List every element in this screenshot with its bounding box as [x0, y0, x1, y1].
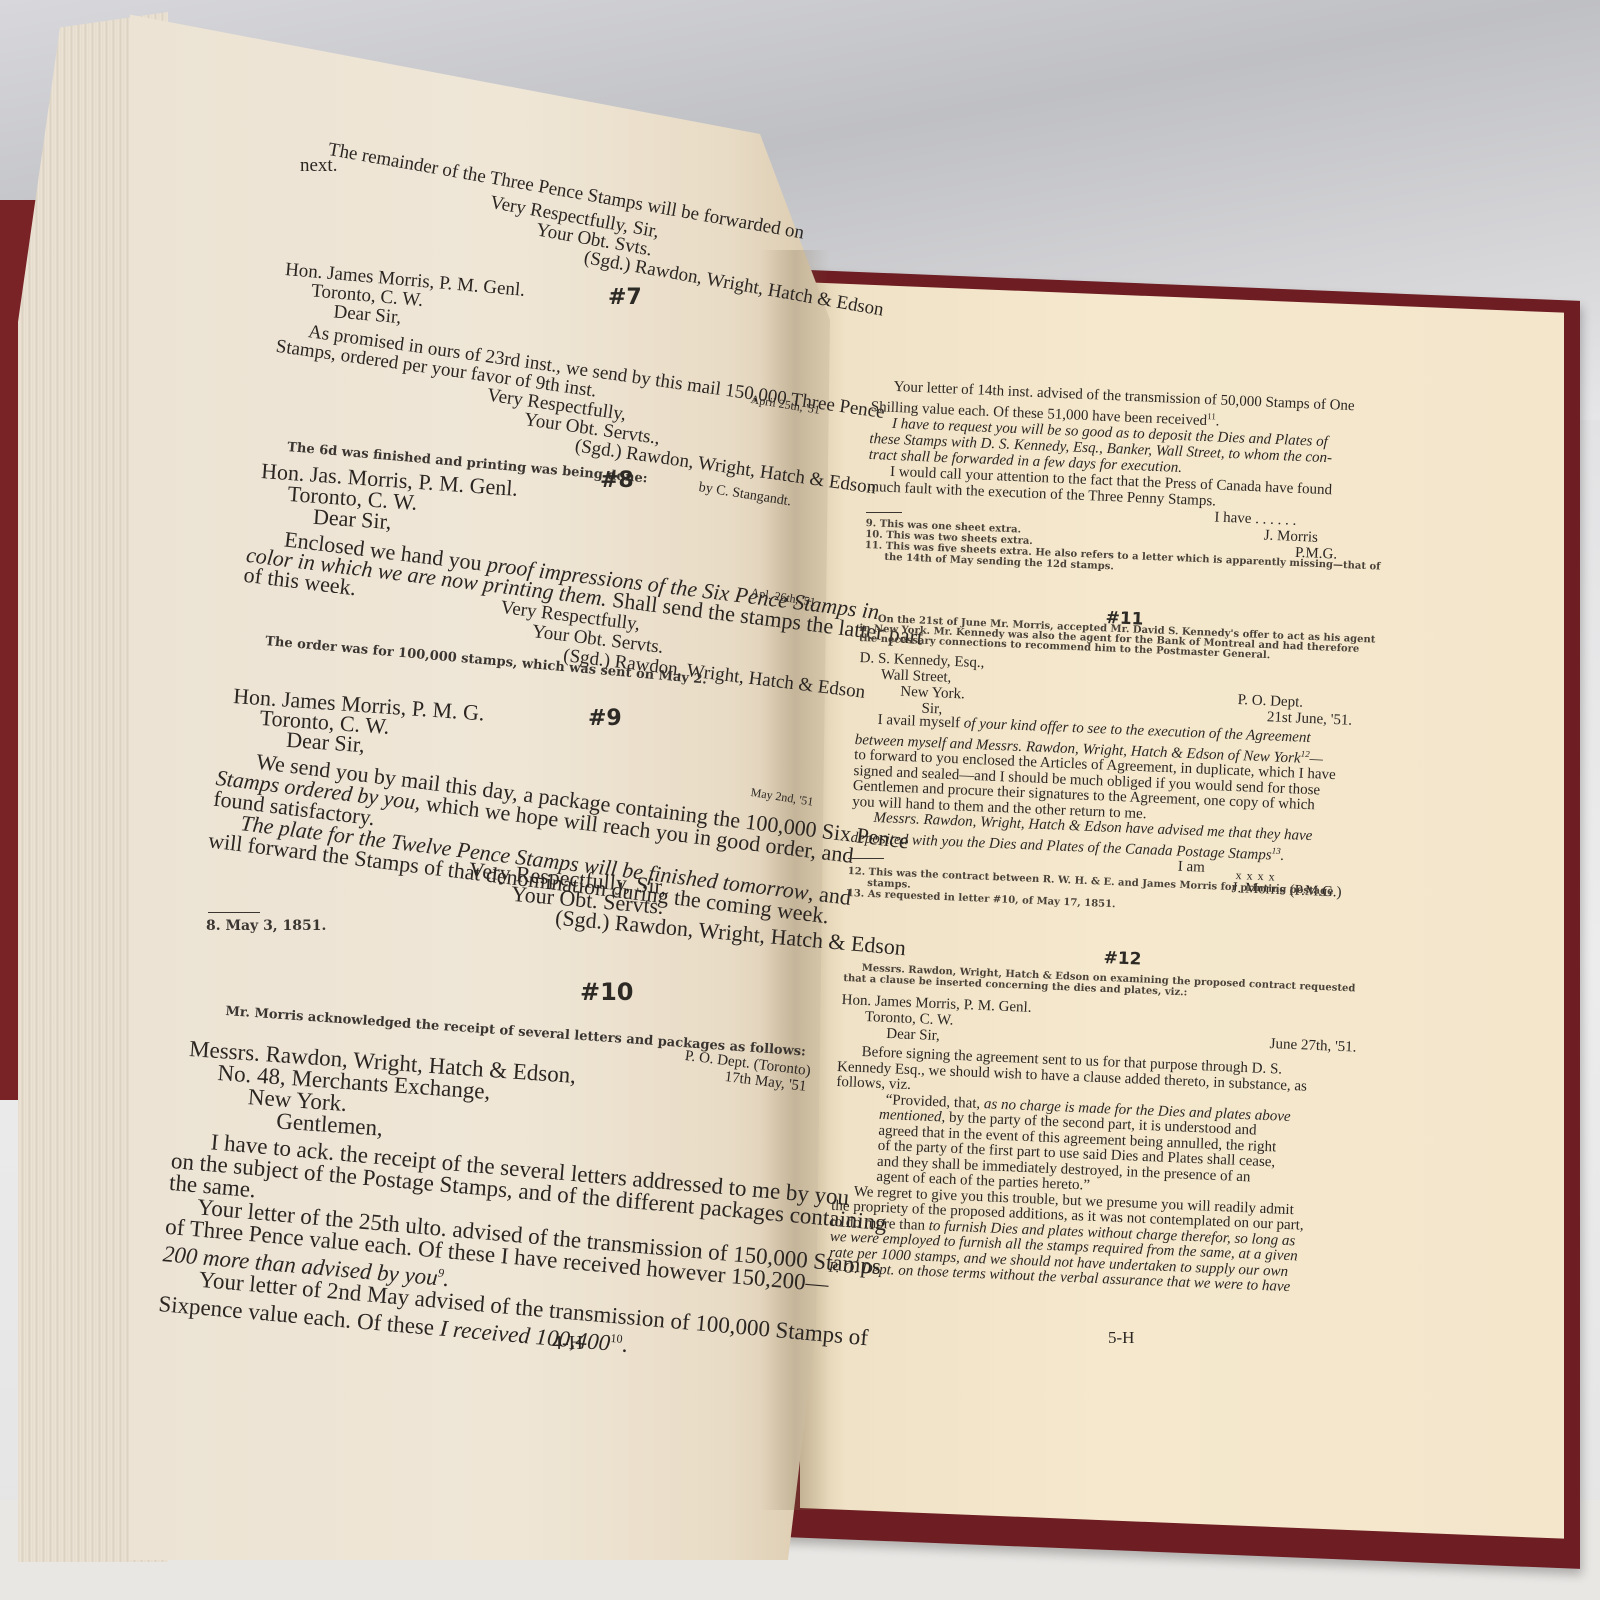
- letter12-address: Hon. James Morris, P. M. Genl. Toronto, …: [840, 992, 1032, 1048]
- footnote-8: 8. May 3, 1851.: [206, 918, 326, 934]
- letter11-body: I avail myself of your kind offer to see…: [850, 712, 1338, 882]
- letter11-place-date: P. O. Dept. 21st June, '51.: [1237, 692, 1353, 729]
- letter7-number: #7: [608, 285, 642, 310]
- letter8-number: #8: [600, 468, 634, 493]
- page-number-left: 4-H: [552, 1332, 583, 1355]
- page-number-right: 5-H: [1108, 1328, 1134, 1348]
- letter12-body: Before signing the agreement sent to us …: [828, 1044, 1310, 1296]
- footnote-rule-right-1: [866, 512, 902, 513]
- letter10-number: #10: [580, 978, 634, 1006]
- letter9-number: #9: [588, 706, 622, 731]
- letter12-number: #12: [1103, 948, 1142, 970]
- letter11-address: D. S. Kennedy, Esq., Wall Street, New Yo…: [857, 650, 984, 719]
- footnote-rule-left: [208, 912, 260, 913]
- left-intro-line2: next.: [300, 156, 337, 176]
- footnote-rule-right-2: [848, 858, 884, 859]
